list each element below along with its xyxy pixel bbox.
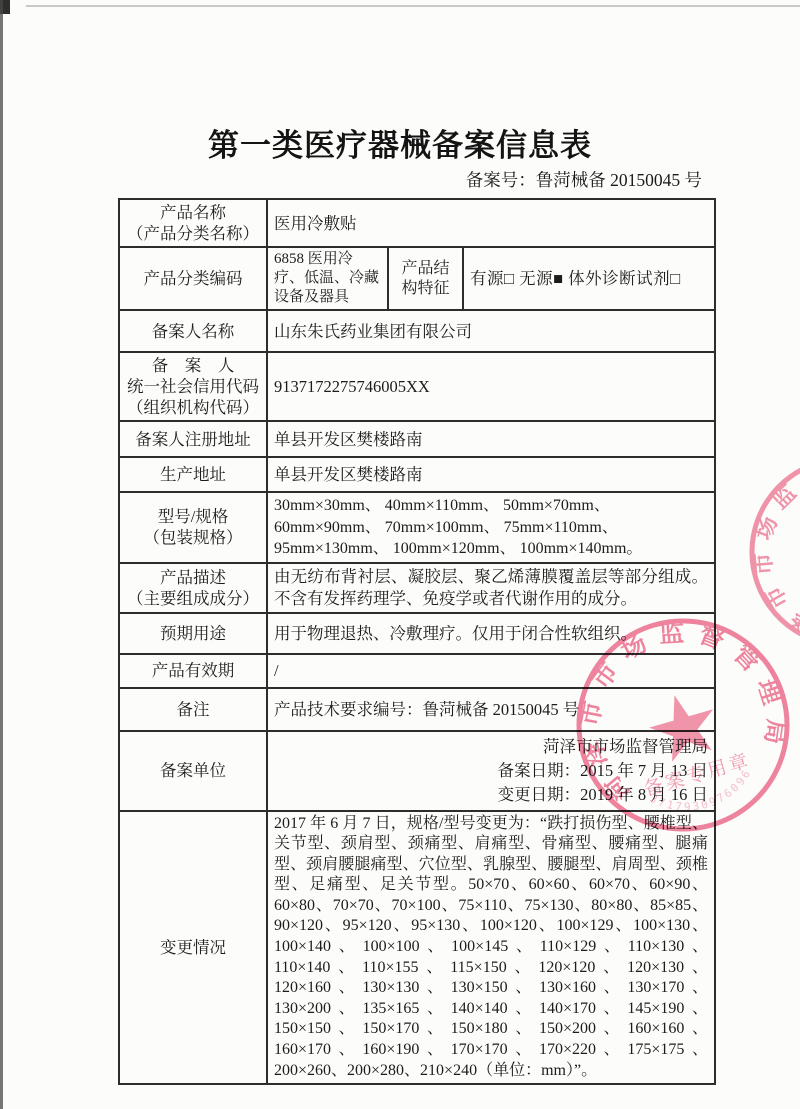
- label-description-1: 产品描述: [126, 567, 260, 588]
- cell-label-classification: 产品分类编码: [119, 247, 267, 310]
- cell-value-model-spec: 30mm×30mm、 40mm×110mm、 50mm×70mm、 60mm×9…: [267, 492, 715, 563]
- filing-date: 备案日期：2015 年 7 月 13 日: [274, 759, 708, 783]
- cell-value-remarks: 产品技术要求编号：鲁菏械备 20150045 号: [267, 688, 715, 731]
- row-credit-code: 备 案 人 统一社会信用代码 （组织机构代码） 9137172275746005…: [119, 352, 715, 421]
- cell-value-description: 由无纺布背衬层、凝胶层、聚乙烯薄膜覆盖层等部分组成。不含有发挥药理学、免疫学或者…: [267, 563, 715, 613]
- cell-label-structure-feature: 产品结构特征: [388, 247, 463, 310]
- cell-value-classification-code: 6858 医用冷疗、低温、冷藏设备及器具: [267, 247, 388, 310]
- edge-seal-stamp: 菏泽市市场监督管理局: [735, 442, 800, 662]
- svg-text:菏泽市市场监督管理局: 菏泽市市场监督管理局: [735, 442, 800, 661]
- row-intended-use: 预期用途 用于物理退热、冷敷理疗。仅用于闭合性软组织。: [119, 613, 715, 654]
- cell-value-registered-address: 单县开发区樊楼路南: [267, 421, 715, 457]
- row-product-name: 产品名称 （产品分类名称） 医用冷敷贴: [119, 199, 715, 247]
- cell-value-credit-code: 9137172275746005XX: [267, 352, 715, 421]
- filing-info-table: 产品名称 （产品分类名称） 医用冷敷贴 产品分类编码 6858 医用冷疗、低温、…: [118, 198, 716, 1085]
- row-filer-name: 备案人名称 山东朱氏药业集团有限公司: [119, 310, 715, 352]
- row-registered-address: 备案人注册地址 单县开发区樊楼路南: [119, 421, 715, 457]
- scan-artifact-top-line: [26, 5, 800, 7]
- cell-label-credit-code: 备 案 人 统一社会信用代码 （组织机构代码）: [119, 352, 267, 421]
- cell-label-description: 产品描述 （主要组成成分）: [119, 563, 267, 613]
- change-date: 变更日期：2019 年 8 月 16 日: [274, 783, 708, 807]
- cell-value-structure-options: 有源□ 无源■ 体外诊断试剂□: [463, 247, 715, 310]
- label-model-spec-2: （包装规格）: [126, 527, 260, 548]
- label-credit-code-3: （组织机构代码）: [126, 397, 260, 418]
- cell-label-remarks: 备注: [119, 688, 267, 731]
- row-description: 产品描述 （主要组成成分） 由无纺布背衬层、凝胶层、聚乙烯薄膜覆盖层等部分组成。…: [119, 563, 715, 613]
- row-production-address: 生产地址 单县开发区樊楼路南: [119, 457, 715, 492]
- cell-value-intended-use: 用于物理退热、冷敷理疗。仅用于闭合性软组织。: [267, 613, 715, 654]
- row-model-spec: 型号/规格 （包装规格） 30mm×30mm、 40mm×110mm、 50mm…: [119, 492, 715, 563]
- cell-label-validity: 产品有效期: [119, 654, 267, 688]
- cell-label-changes: 变更情况: [119, 811, 267, 1085]
- edge-seal-ring: [735, 442, 800, 662]
- row-validity: 产品有效期 /: [119, 654, 715, 688]
- row-classification: 产品分类编码 6858 医用冷疗、低温、冷藏设备及器具 产品结构特征 有源□ 无…: [119, 247, 715, 310]
- row-filing-unit: 备案单位 菏泽市市场监督管理局 备案日期：2015 年 7 月 13 日 变更日…: [119, 731, 715, 811]
- cell-label-product-name: 产品名称 （产品分类名称）: [119, 199, 267, 247]
- row-remarks: 备注 产品技术要求编号：鲁菏械备 20150045 号: [119, 688, 715, 731]
- row-changes: 变更情况 2017 年 6 月 7 日，规格/型号变更为：“跌打损伤型、腰椎型、…: [119, 811, 715, 1085]
- cell-value-changes: 2017 年 6 月 7 日，规格/型号变更为：“跌打损伤型、腰椎型、关节型、颈…: [267, 811, 715, 1085]
- label-product-name-sub: （产品分类名称）: [126, 223, 260, 244]
- cell-value-product-name: 医用冷敷贴: [267, 199, 715, 247]
- cell-value-validity: /: [267, 654, 715, 688]
- cell-label-filing-unit: 备案单位: [119, 731, 267, 811]
- cell-label-production-address: 生产地址: [119, 457, 267, 492]
- cell-label-registered-address: 备案人注册地址: [119, 421, 267, 457]
- scan-artifact-left-edge: [0, 0, 3, 1109]
- label-credit-code-2: 统一社会信用代码: [126, 376, 260, 397]
- scanned-document-page: 第一类医疗器械备案信息表 备案号：鲁菏械备 20150045 号 产品名称 （产…: [0, 0, 800, 1109]
- cell-value-filing-unit: 菏泽市市场监督管理局 备案日期：2015 年 7 月 13 日 变更日期：201…: [267, 731, 715, 811]
- cell-label-filer-name: 备案人名称: [119, 310, 267, 352]
- filing-authority: 菏泽市市场监督管理局: [274, 735, 708, 759]
- label-product-name: 产品名称: [126, 202, 260, 223]
- label-credit-code-1: 备 案 人: [126, 355, 260, 376]
- label-description-2: （主要组成成分）: [126, 588, 260, 609]
- document-title: 第一类医疗器械备案信息表: [0, 120, 800, 165]
- edge-seal-ring-text: 菏泽市市场监督管理局: [735, 442, 800, 661]
- label-model-spec-1: 型号/规格: [126, 506, 260, 527]
- filing-number: 备案号：鲁菏械备 20150045 号: [118, 167, 716, 192]
- cell-value-filer-name: 山东朱氏药业集团有限公司: [267, 310, 715, 352]
- cell-label-intended-use: 预期用途: [119, 613, 267, 654]
- cell-label-model-spec: 型号/规格 （包装规格）: [119, 492, 267, 563]
- cell-value-production-address: 单县开发区樊楼路南: [267, 457, 715, 492]
